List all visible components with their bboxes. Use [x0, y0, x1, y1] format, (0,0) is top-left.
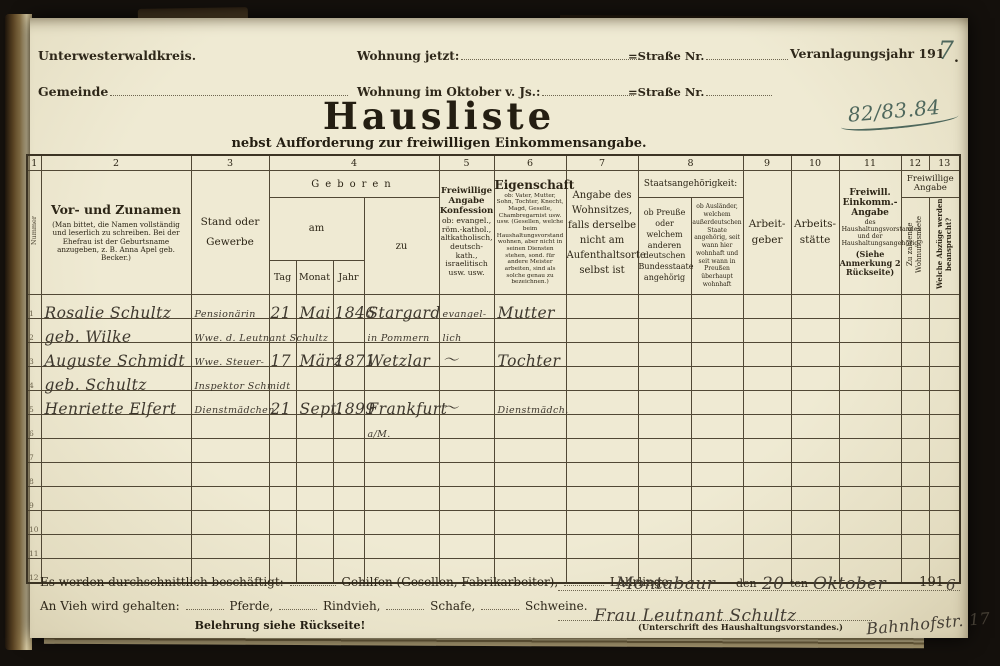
- cell-arbeitgeber: [743, 535, 791, 559]
- cell-staat_b: [691, 487, 743, 511]
- cell-konfession: [439, 367, 494, 391]
- cell-arbeitgeber: [743, 487, 791, 511]
- row-number: 3: [27, 343, 41, 367]
- col-num-10: 10: [791, 155, 839, 171]
- cell-staat_b: [691, 391, 743, 415]
- date-line: Montabaur den 20 ten Oktober 191 6: [558, 560, 960, 591]
- nummer-vertical-label: Nummer: [30, 216, 38, 245]
- einkommen-note2: (Siehe Anmerkung 2 Rückseite): [840, 250, 901, 278]
- cell-jahr: [333, 415, 364, 439]
- monat-handwritten: Oktober: [813, 574, 886, 594]
- header-arbeitsstaette: Arbeits- stätte: [791, 171, 839, 295]
- cell-einkommen: [839, 319, 901, 343]
- cell-eigenschaft: [494, 511, 566, 535]
- cell-stand: [191, 511, 269, 535]
- belehrung-note: Belehrung siehe Rückseite!: [90, 619, 470, 632]
- cell-zu: in Pommern: [364, 319, 439, 343]
- cell-abzuege: [929, 511, 960, 535]
- cell-wohnsitz: [566, 439, 638, 463]
- cell-zu: [364, 439, 439, 463]
- header-staat-preusse: ob Preuße oder welchem anderen deutschen…: [638, 198, 691, 295]
- cell-monat: [296, 463, 333, 487]
- cell-abzuege: [929, 295, 960, 319]
- cell-arbeitsstaette: [791, 487, 839, 511]
- cell-miete: [901, 463, 929, 487]
- cell-arbeitgeber: [743, 439, 791, 463]
- cell-arbeitsstaette: [791, 415, 839, 439]
- cell-jahr: [333, 439, 364, 463]
- header-tag: Tag: [269, 260, 296, 294]
- cell-stand: Wwe. Steuer-: [191, 343, 269, 367]
- den-label: den: [736, 577, 757, 590]
- header-staatsangehoerigkeit: Staatsangehörigkeit:: [638, 171, 743, 198]
- cell-miete: [901, 367, 929, 391]
- cell-konfession: 〜: [439, 343, 494, 367]
- cell-staat_a: [638, 367, 691, 391]
- cell-arbeitsstaette: [791, 439, 839, 463]
- cell-jahr: [333, 487, 364, 511]
- strasse-nr-blank-1: [706, 48, 788, 60]
- cell-name: Rosalie Schultz: [41, 295, 191, 319]
- gehilfen-blank: [290, 574, 336, 586]
- header-zu: zu: [364, 198, 439, 295]
- cell-staat_a: [638, 463, 691, 487]
- cell-tag: 21: [269, 295, 296, 319]
- veranlagungsjahr-handwritten-year: 7: [938, 36, 954, 65]
- cell-staat_b: [691, 295, 743, 319]
- row-number: 5: [27, 391, 41, 415]
- cell-eigenschaft: [494, 319, 566, 343]
- header-stand: Stand oder Gewerbe: [191, 171, 269, 295]
- cell-einkommen: [839, 511, 901, 535]
- cell-miete: [901, 535, 929, 559]
- cell-stand: Dienstmädchen: [191, 391, 269, 415]
- district-label: Unterwesterwaldkreis.: [38, 48, 196, 63]
- col-num-12: 12: [901, 155, 929, 171]
- cell-tag: [269, 367, 296, 391]
- cell-zu: Frankfurt: [364, 391, 439, 415]
- cell-arbeitgeber: [743, 391, 791, 415]
- cell-einkommen: [839, 295, 901, 319]
- schafe-blank: [386, 598, 424, 610]
- cell-tag: [269, 319, 296, 343]
- vieh-label: An Vieh wird gehalten:: [40, 599, 180, 613]
- pferde-blank: [186, 598, 224, 610]
- cell-arbeitgeber: [743, 343, 791, 367]
- cell-zu: [364, 535, 439, 559]
- cell-staat_b: [691, 343, 743, 367]
- table-row: 6a/M.: [27, 415, 960, 439]
- cell-tag: [269, 463, 296, 487]
- cell-arbeitsstaette: [791, 367, 839, 391]
- cell-monat: [296, 511, 333, 535]
- cell-arbeitgeber: [743, 415, 791, 439]
- cell-einkommen: [839, 391, 901, 415]
- table-row: 9: [27, 487, 960, 511]
- table-row: 7: [27, 439, 960, 463]
- cell-miete: [901, 295, 929, 319]
- cell-name: [41, 439, 191, 463]
- cell-einkommen: [839, 535, 901, 559]
- cell-staat_a: [638, 391, 691, 415]
- cell-konfession: [439, 415, 494, 439]
- beschaeftigt-label: Es werden durchschnittlich beschäftigt:: [40, 575, 284, 589]
- row-number: 11: [27, 535, 41, 559]
- ten-label: ten: [790, 577, 808, 590]
- cell-zu: Wetzlar: [364, 343, 439, 367]
- cell-tag: [269, 439, 296, 463]
- cell-monat: März: [296, 343, 333, 367]
- cell-arbeitsstaette: [791, 295, 839, 319]
- cell-arbeitgeber: [743, 463, 791, 487]
- table-row: 8: [27, 463, 960, 487]
- table-row: 5Henriette ElfertDienstmädchen21Sept.189…: [27, 391, 960, 415]
- cell-konfession: 〜: [439, 391, 494, 415]
- cell-monat: [296, 415, 333, 439]
- cell-jahr: [333, 319, 364, 343]
- cell-name: Auguste Schmidt: [41, 343, 191, 367]
- cell-staat_a: [638, 415, 691, 439]
- cell-stand: [191, 535, 269, 559]
- cell-miete: [901, 391, 929, 415]
- cell-zu: a/M.: [364, 415, 439, 439]
- cell-wohnsitz: [566, 319, 638, 343]
- form-subtitle: nebst Aufforderung zur freiwilligen Eink…: [30, 136, 848, 151]
- cell-einkommen: [839, 343, 901, 367]
- cell-name: [41, 415, 191, 439]
- cell-tag: [269, 487, 296, 511]
- cell-konfession: [439, 511, 494, 535]
- cell-monat: Mai: [296, 295, 333, 319]
- cell-staat_b: [691, 319, 743, 343]
- col-num-4: 4: [269, 155, 439, 171]
- cell-name: [41, 487, 191, 511]
- cell-abzuege: [929, 367, 960, 391]
- cell-stand: Wwe. d. Leutnant Schultz: [191, 319, 269, 343]
- cell-tag: [269, 415, 296, 439]
- row-number: 7: [27, 439, 41, 463]
- table-row: 10: [27, 511, 960, 535]
- table-row: 3Auguste SchmidtWwe. Steuer-17März1871We…: [27, 343, 960, 367]
- adresse-handwritten: Bahnhofstr. 17: [865, 609, 991, 639]
- cell-wohnsitz: [566, 391, 638, 415]
- cell-eigenschaft: [494, 439, 566, 463]
- jahr-handwritten: 6: [946, 576, 956, 594]
- veranlagungsjahr-period: .: [954, 50, 959, 66]
- wohnung-jetzt-label: Wohnung jetzt:: [357, 48, 641, 63]
- cell-stand: [191, 487, 269, 511]
- table-row: 2geb. WilkeWwe. d. Leutnant Schultzin Po…: [27, 319, 960, 343]
- row-number: 8: [27, 463, 41, 487]
- cell-zu: [364, 511, 439, 535]
- header-geboren: Geboren: [269, 171, 439, 198]
- cell-staat_b: [691, 511, 743, 535]
- cell-jahr: 1846: [333, 295, 364, 319]
- cell-staat_a: [638, 487, 691, 511]
- ort-handwritten: Montabaur: [616, 574, 715, 594]
- cell-abzuege: [929, 343, 960, 367]
- cell-abzuege: [929, 487, 960, 511]
- cell-eigenschaft: [494, 535, 566, 559]
- header-eigenschaft: Eigenschaft ob: Vater, Mutter, Sohn, Toc…: [494, 171, 566, 295]
- cell-monat: [296, 439, 333, 463]
- cell-staat_b: [691, 535, 743, 559]
- cell-einkommen: [839, 463, 901, 487]
- form-title: Hausliste: [30, 94, 848, 138]
- cell-miete: [901, 343, 929, 367]
- cell-name: [41, 535, 191, 559]
- cell-tag: [269, 535, 296, 559]
- cell-arbeitgeber: [743, 319, 791, 343]
- cell-staat_a: [638, 295, 691, 319]
- col-num-1: 1: [27, 155, 41, 171]
- cell-konfession: [439, 487, 494, 511]
- column-number-row: 1 2 3 4 5 6 7 8 9 10 11 12 13: [27, 155, 960, 171]
- cell-miete: [901, 511, 929, 535]
- strasse-nr-text-1: =Straße Nr.: [628, 49, 704, 63]
- cell-einkommen: [839, 487, 901, 511]
- table-row: 4geb. SchultzInspektor Schmidt: [27, 367, 960, 391]
- eigenschaft-note: ob: Vater, Mutter, Sohn, Tochter, Knecht…: [495, 193, 566, 286]
- konfession-note: ob: evangel., röm.-kathol., altkatholisc…: [440, 217, 494, 278]
- cell-wohnsitz: [566, 295, 638, 319]
- cell-abzuege: [929, 463, 960, 487]
- table-row: 1Rosalie SchultzPensionärin21Mai1846Star…: [27, 295, 960, 319]
- header-staat-auslaender: ob Ausländer, welchem außerdeutschen Sta…: [691, 198, 743, 295]
- cell-name: Henriette Elfert: [41, 391, 191, 415]
- cell-abzuege: [929, 415, 960, 439]
- cell-eigenschaft: [494, 415, 566, 439]
- col-num-7: 7: [566, 155, 638, 171]
- cell-einkommen: [839, 367, 901, 391]
- header-einkommen: Freiwill. Einkomm.-Angabe des Haushaltun…: [839, 171, 901, 295]
- pferde-label: Pferde,: [229, 599, 273, 613]
- cell-konfession: evangel-: [439, 295, 494, 319]
- hausliste-table: 1 2 3 4 5 6 7 8 9 10 11 12 13 Nummer Vor…: [26, 154, 961, 584]
- cell-konfession: [439, 535, 494, 559]
- cell-eigenschaft: [494, 463, 566, 487]
- cell-staat_b: [691, 415, 743, 439]
- cell-miete: [901, 319, 929, 343]
- abzuege-vertical-label: Welche Abzüge werden beansprucht?: [936, 198, 954, 290]
- cell-arbeitgeber: [743, 367, 791, 391]
- cell-wohnsitz: [566, 343, 638, 367]
- cell-monat: Sept.: [296, 391, 333, 415]
- namen-note: (Man bittet, die Namen vollständig und l…: [42, 221, 191, 262]
- cell-staat_a: [638, 343, 691, 367]
- strasse-nr-label-1: =Straße Nr.: [628, 48, 790, 63]
- cell-monat: [296, 535, 333, 559]
- cell-zu: Stargard: [364, 295, 439, 319]
- vieh-line: An Vieh wird gehalten: Pferde, Rindvieh,…: [40, 598, 588, 613]
- document-page: Unterwesterwaldkreis. Gemeinde Wohnung j…: [30, 18, 968, 638]
- header-freiwillige-angabe: Freiwillige Angabe: [901, 171, 960, 198]
- cell-name: geb. Schultz: [41, 367, 191, 391]
- veranlagungsjahr-label: Veranlagungsjahr 191: [790, 46, 945, 61]
- cell-stand: [191, 463, 269, 487]
- einkommen-note: des Haushaltungsvorstandes und der Haush…: [840, 219, 901, 248]
- table-row: 11: [27, 535, 960, 559]
- rindvieh-blank: [279, 598, 317, 610]
- cell-monat: [296, 319, 333, 343]
- header-namen: Vor- und Zunamen (Man bittet, die Namen …: [41, 171, 191, 295]
- cell-jahr: 1899: [333, 391, 364, 415]
- schafe-label: Schafe,: [430, 599, 475, 613]
- col-num-5: 5: [439, 155, 494, 171]
- cell-eigenschaft: [494, 487, 566, 511]
- cell-staat_b: [691, 367, 743, 391]
- cell-jahr: [333, 535, 364, 559]
- cell-wohnsitz: [566, 511, 638, 535]
- cell-wohnsitz: [566, 463, 638, 487]
- cell-jahr: [333, 463, 364, 487]
- cell-abzuege: [929, 535, 960, 559]
- cell-wohnsitz: [566, 415, 638, 439]
- cell-eigenschaft: Mutter: [494, 295, 566, 319]
- header-konfession: Freiwillige Angabe Konfession ob: evange…: [439, 171, 494, 295]
- schweine-blank: [481, 598, 519, 610]
- cell-name: geb. Wilke: [41, 319, 191, 343]
- cell-arbeitgeber: [743, 295, 791, 319]
- cell-konfession: lich: [439, 319, 494, 343]
- header-monat: Monat: [296, 260, 333, 294]
- col-num-11: 11: [839, 155, 901, 171]
- cell-staat_b: [691, 439, 743, 463]
- cell-staat_a: [638, 535, 691, 559]
- cell-jahr: [333, 511, 364, 535]
- cell-konfession: [439, 463, 494, 487]
- header-jahr: Jahr: [333, 260, 364, 294]
- unterschrift-label: (Unterschrift des Haushaltungsvorstandes…: [638, 622, 843, 632]
- cell-staat_b: [691, 463, 743, 487]
- row-number: 6: [27, 415, 41, 439]
- cell-arbeitsstaette: [791, 535, 839, 559]
- einkommen-title: Freiwill. Einkomm.-Angabe: [840, 188, 901, 219]
- cell-einkommen: [839, 439, 901, 463]
- cell-arbeitsstaette: [791, 391, 839, 415]
- col-num-9: 9: [743, 155, 791, 171]
- cell-stand: [191, 415, 269, 439]
- header-am: am: [269, 198, 364, 261]
- cell-jahr: [333, 367, 364, 391]
- cell-miete: [901, 415, 929, 439]
- cell-tag: [269, 511, 296, 535]
- cell-wohnsitz: [566, 367, 638, 391]
- cell-stand: [191, 439, 269, 463]
- cell-konfession: [439, 439, 494, 463]
- cell-monat: [296, 367, 333, 391]
- cell-wohnsitz: [566, 487, 638, 511]
- cell-staat_a: [638, 439, 691, 463]
- cell-arbeitsstaette: [791, 343, 839, 367]
- cell-eigenschaft: Tochter: [494, 343, 566, 367]
- footer-signature-block: Montabaur den 20 ten Oktober 191 6 Frau …: [558, 560, 960, 636]
- cell-stand: Inspektor Schmidt: [191, 367, 269, 391]
- cell-tag: 21: [269, 391, 296, 415]
- rindvieh-label: Rindvieh,: [323, 599, 381, 613]
- miete-vertical-label: Zu zahlende Wohnungsmiete: [906, 198, 924, 290]
- signature-line: Frau Leutnant Schultz: [558, 594, 872, 621]
- cell-tag: 17: [269, 343, 296, 367]
- cell-einkommen: [839, 415, 901, 439]
- header-abzuege: Welche Abzüge werden beansprucht?: [929, 198, 960, 295]
- cell-arbeitsstaette: [791, 319, 839, 343]
- cell-wohnsitz: [566, 535, 638, 559]
- col-num-13: 13: [929, 155, 960, 171]
- cell-jahr: 1871: [333, 343, 364, 367]
- cell-zu: [364, 487, 439, 511]
- col-num-8: 8: [638, 155, 743, 171]
- cell-eigenschaft: [494, 367, 566, 391]
- header-wohnsitz: Angabe des Wohnsitzes, falls derselbe ni…: [566, 171, 638, 295]
- cell-miete: [901, 487, 929, 511]
- wohnung-jetzt-blank-line: [461, 48, 639, 60]
- cell-miete: [901, 439, 929, 463]
- cell-name: [41, 511, 191, 535]
- tag-handwritten: 20: [762, 574, 784, 594]
- row-number: 2: [27, 319, 41, 343]
- header-miete: Zu zahlende Wohnungsmiete: [901, 198, 929, 295]
- row-number: 12: [27, 559, 41, 584]
- cell-abzuege: [929, 391, 960, 415]
- gehilfen-label: Gehilfen (Gesellen, Fabrikarbeiter),: [341, 575, 558, 589]
- cell-zu: [364, 463, 439, 487]
- cell-arbeitsstaette: [791, 463, 839, 487]
- cell-stand: Pensionärin: [191, 295, 269, 319]
- cell-abzuege: [929, 439, 960, 463]
- row-number: 9: [27, 487, 41, 511]
- row-number: 1: [27, 295, 41, 319]
- cell-eigenschaft: Dienstmädch.: [494, 391, 566, 415]
- row-number: 10: [27, 511, 41, 535]
- col-num-3: 3: [191, 155, 269, 171]
- namen-title: Vor- und Zunamen: [42, 203, 191, 217]
- cell-staat_a: [638, 319, 691, 343]
- col-num-6: 6: [494, 155, 566, 171]
- header-row-groups: Nummer Vor- und Zunamen (Man bittet, die…: [27, 171, 960, 198]
- table-header: 1 2 3 4 5 6 7 8 9 10 11 12 13 Nummer Vor…: [27, 155, 960, 295]
- row-number: 4: [27, 367, 41, 391]
- konfession-title: Freiwillige Angabe Konfession: [440, 187, 494, 217]
- table-body: 1Rosalie SchultzPensionärin21Mai1846Star…: [27, 295, 960, 584]
- jahr-printed: 191: [919, 575, 944, 590]
- cell-arbeitgeber: [743, 511, 791, 535]
- header-arbeitgeber: Arbeit- geber: [743, 171, 791, 295]
- cell-arbeitsstaette: [791, 511, 839, 535]
- eigenschaft-title: Eigenschaft: [495, 179, 566, 193]
- cell-name: [41, 463, 191, 487]
- file-number-handwritten: 82/83.84: [847, 93, 959, 132]
- cell-zu: [364, 367, 439, 391]
- wohnung-jetzt-text: Wohnung jetzt:: [357, 49, 459, 63]
- cell-staat_a: [638, 511, 691, 535]
- col-num-2: 2: [41, 155, 191, 171]
- header-nummer: Nummer: [27, 171, 41, 295]
- cell-abzuege: [929, 319, 960, 343]
- cell-monat: [296, 487, 333, 511]
